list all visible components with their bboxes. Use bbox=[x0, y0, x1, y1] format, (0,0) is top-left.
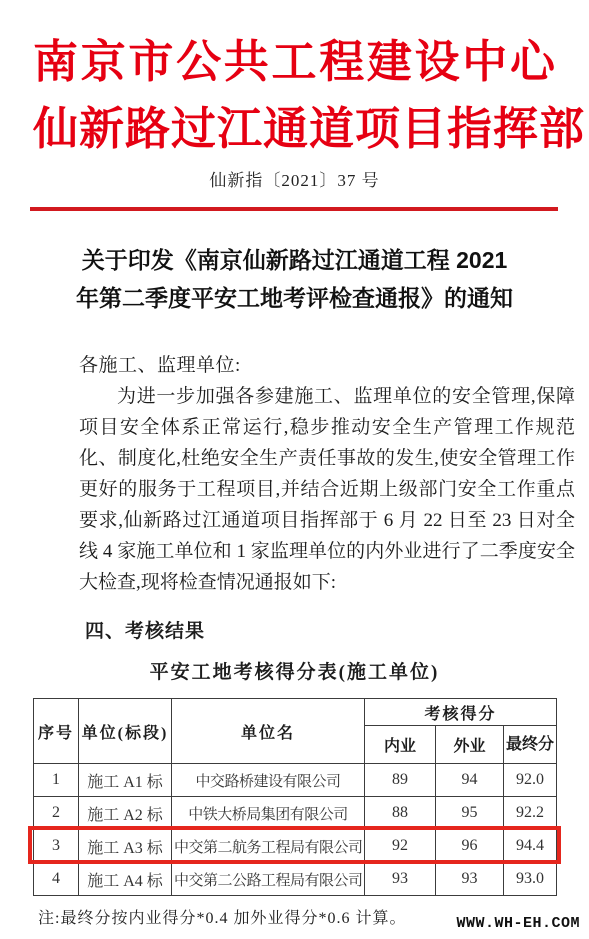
header-col-no: 序号 bbox=[34, 699, 79, 764]
cell-external-score: 96 bbox=[436, 830, 504, 863]
document-body: 各施工、监理单位: 为进一步加强各参建施工、监理单位的安全管理,保障项目安全体系… bbox=[79, 350, 575, 598]
table-row-highlighted: 3 施工 A3 标 中交第二航务工程局有限公司 92 96 94.4 bbox=[34, 830, 557, 863]
header-col-internal: 内业 bbox=[365, 726, 436, 764]
cell-no: 4 bbox=[34, 863, 79, 896]
cell-company-name: 中交第二航务工程局有限公司 bbox=[172, 830, 365, 863]
score-table-wrapper: 序号 单位(标段) 单位名 考核得分 内业 外业 最终分 1 施工 A1 标 中… bbox=[33, 698, 556, 896]
red-separator-rule bbox=[30, 207, 558, 211]
header-col-unit: 单位(标段) bbox=[79, 699, 172, 764]
header-col-name: 单位名 bbox=[172, 699, 365, 764]
document-number: 仙新指〔2021〕37 号 bbox=[0, 170, 589, 192]
cell-external-score: 95 bbox=[436, 797, 504, 830]
document-page: 南京市公共工程建设中心 仙新路过江通道项目指挥部 仙新指〔2021〕37 号 关… bbox=[0, 0, 589, 939]
score-table: 序号 单位(标段) 单位名 考核得分 内业 外业 最终分 1 施工 A1 标 中… bbox=[33, 698, 557, 896]
document-title: 关于印发《南京仙新路过江通道工程 2021 年第二季度平安工地考评检查通报》的通… bbox=[0, 241, 589, 317]
cell-unit: 施工 A3 标 bbox=[79, 830, 172, 863]
body-paragraph: 为进一步加强各参建施工、监理单位的安全管理,保障项目安全体系正常运行,稳步推动安… bbox=[79, 381, 575, 598]
cell-no: 3 bbox=[34, 830, 79, 863]
cell-company-name: 中交第二公路工程局有限公司 bbox=[172, 863, 365, 896]
document-title-line-1: 关于印发《南京仙新路过江通道工程 2021 bbox=[0, 241, 589, 279]
cell-no: 2 bbox=[34, 797, 79, 830]
document-title-line-2: 年第二季度平安工地考评检查通报》的通知 bbox=[0, 279, 589, 317]
cell-final-score: 92.2 bbox=[504, 797, 557, 830]
cell-company-name: 中铁大桥局集团有限公司 bbox=[172, 797, 365, 830]
cell-final-score: 92.0 bbox=[504, 764, 557, 797]
cell-company-name: 中交路桥建设有限公司 bbox=[172, 764, 365, 797]
cell-final-score: 93.0 bbox=[504, 863, 557, 896]
agency-name-line-1: 南京市公共工程建设中心 bbox=[33, 28, 556, 95]
cell-unit: 施工 A2 标 bbox=[79, 797, 172, 830]
cell-external-score: 93 bbox=[436, 863, 504, 896]
letterhead: 南京市公共工程建设中心 仙新路过江通道项目指挥部 bbox=[33, 28, 556, 162]
score-table-title: 平安工地考核得分表(施工单位) bbox=[0, 657, 589, 684]
header-score-group: 考核得分 bbox=[365, 699, 557, 726]
cell-internal-score: 93 bbox=[365, 863, 436, 896]
cell-no: 1 bbox=[34, 764, 79, 797]
section-heading-results: 四、考核结果 bbox=[85, 619, 589, 645]
salutation: 各施工、监理单位: bbox=[79, 350, 575, 381]
watermark-url: WWW.WH-EH.COM bbox=[456, 915, 580, 932]
table-row: 2 施工 A2 标 中铁大桥局集团有限公司 88 95 92.2 bbox=[34, 797, 557, 830]
cell-internal-score: 88 bbox=[365, 797, 436, 830]
table-header-row-top: 序号 单位(标段) 单位名 考核得分 bbox=[34, 699, 557, 726]
header-col-external: 外业 bbox=[436, 726, 504, 764]
header-col-final: 最终分 bbox=[504, 726, 557, 764]
table-row: 1 施工 A1 标 中交路桥建设有限公司 89 94 92.0 bbox=[34, 764, 557, 797]
cell-unit: 施工 A4 标 bbox=[79, 863, 172, 896]
cell-internal-score: 89 bbox=[365, 764, 436, 797]
cell-unit: 施工 A1 标 bbox=[79, 764, 172, 797]
agency-name-line-2: 仙新路过江通道项目指挥部 bbox=[33, 95, 556, 162]
table-row: 4 施工 A4 标 中交第二公路工程局有限公司 93 93 93.0 bbox=[34, 863, 557, 896]
cell-external-score: 94 bbox=[436, 764, 504, 797]
cell-internal-score: 92 bbox=[365, 830, 436, 863]
cell-final-score: 94.4 bbox=[504, 830, 557, 863]
